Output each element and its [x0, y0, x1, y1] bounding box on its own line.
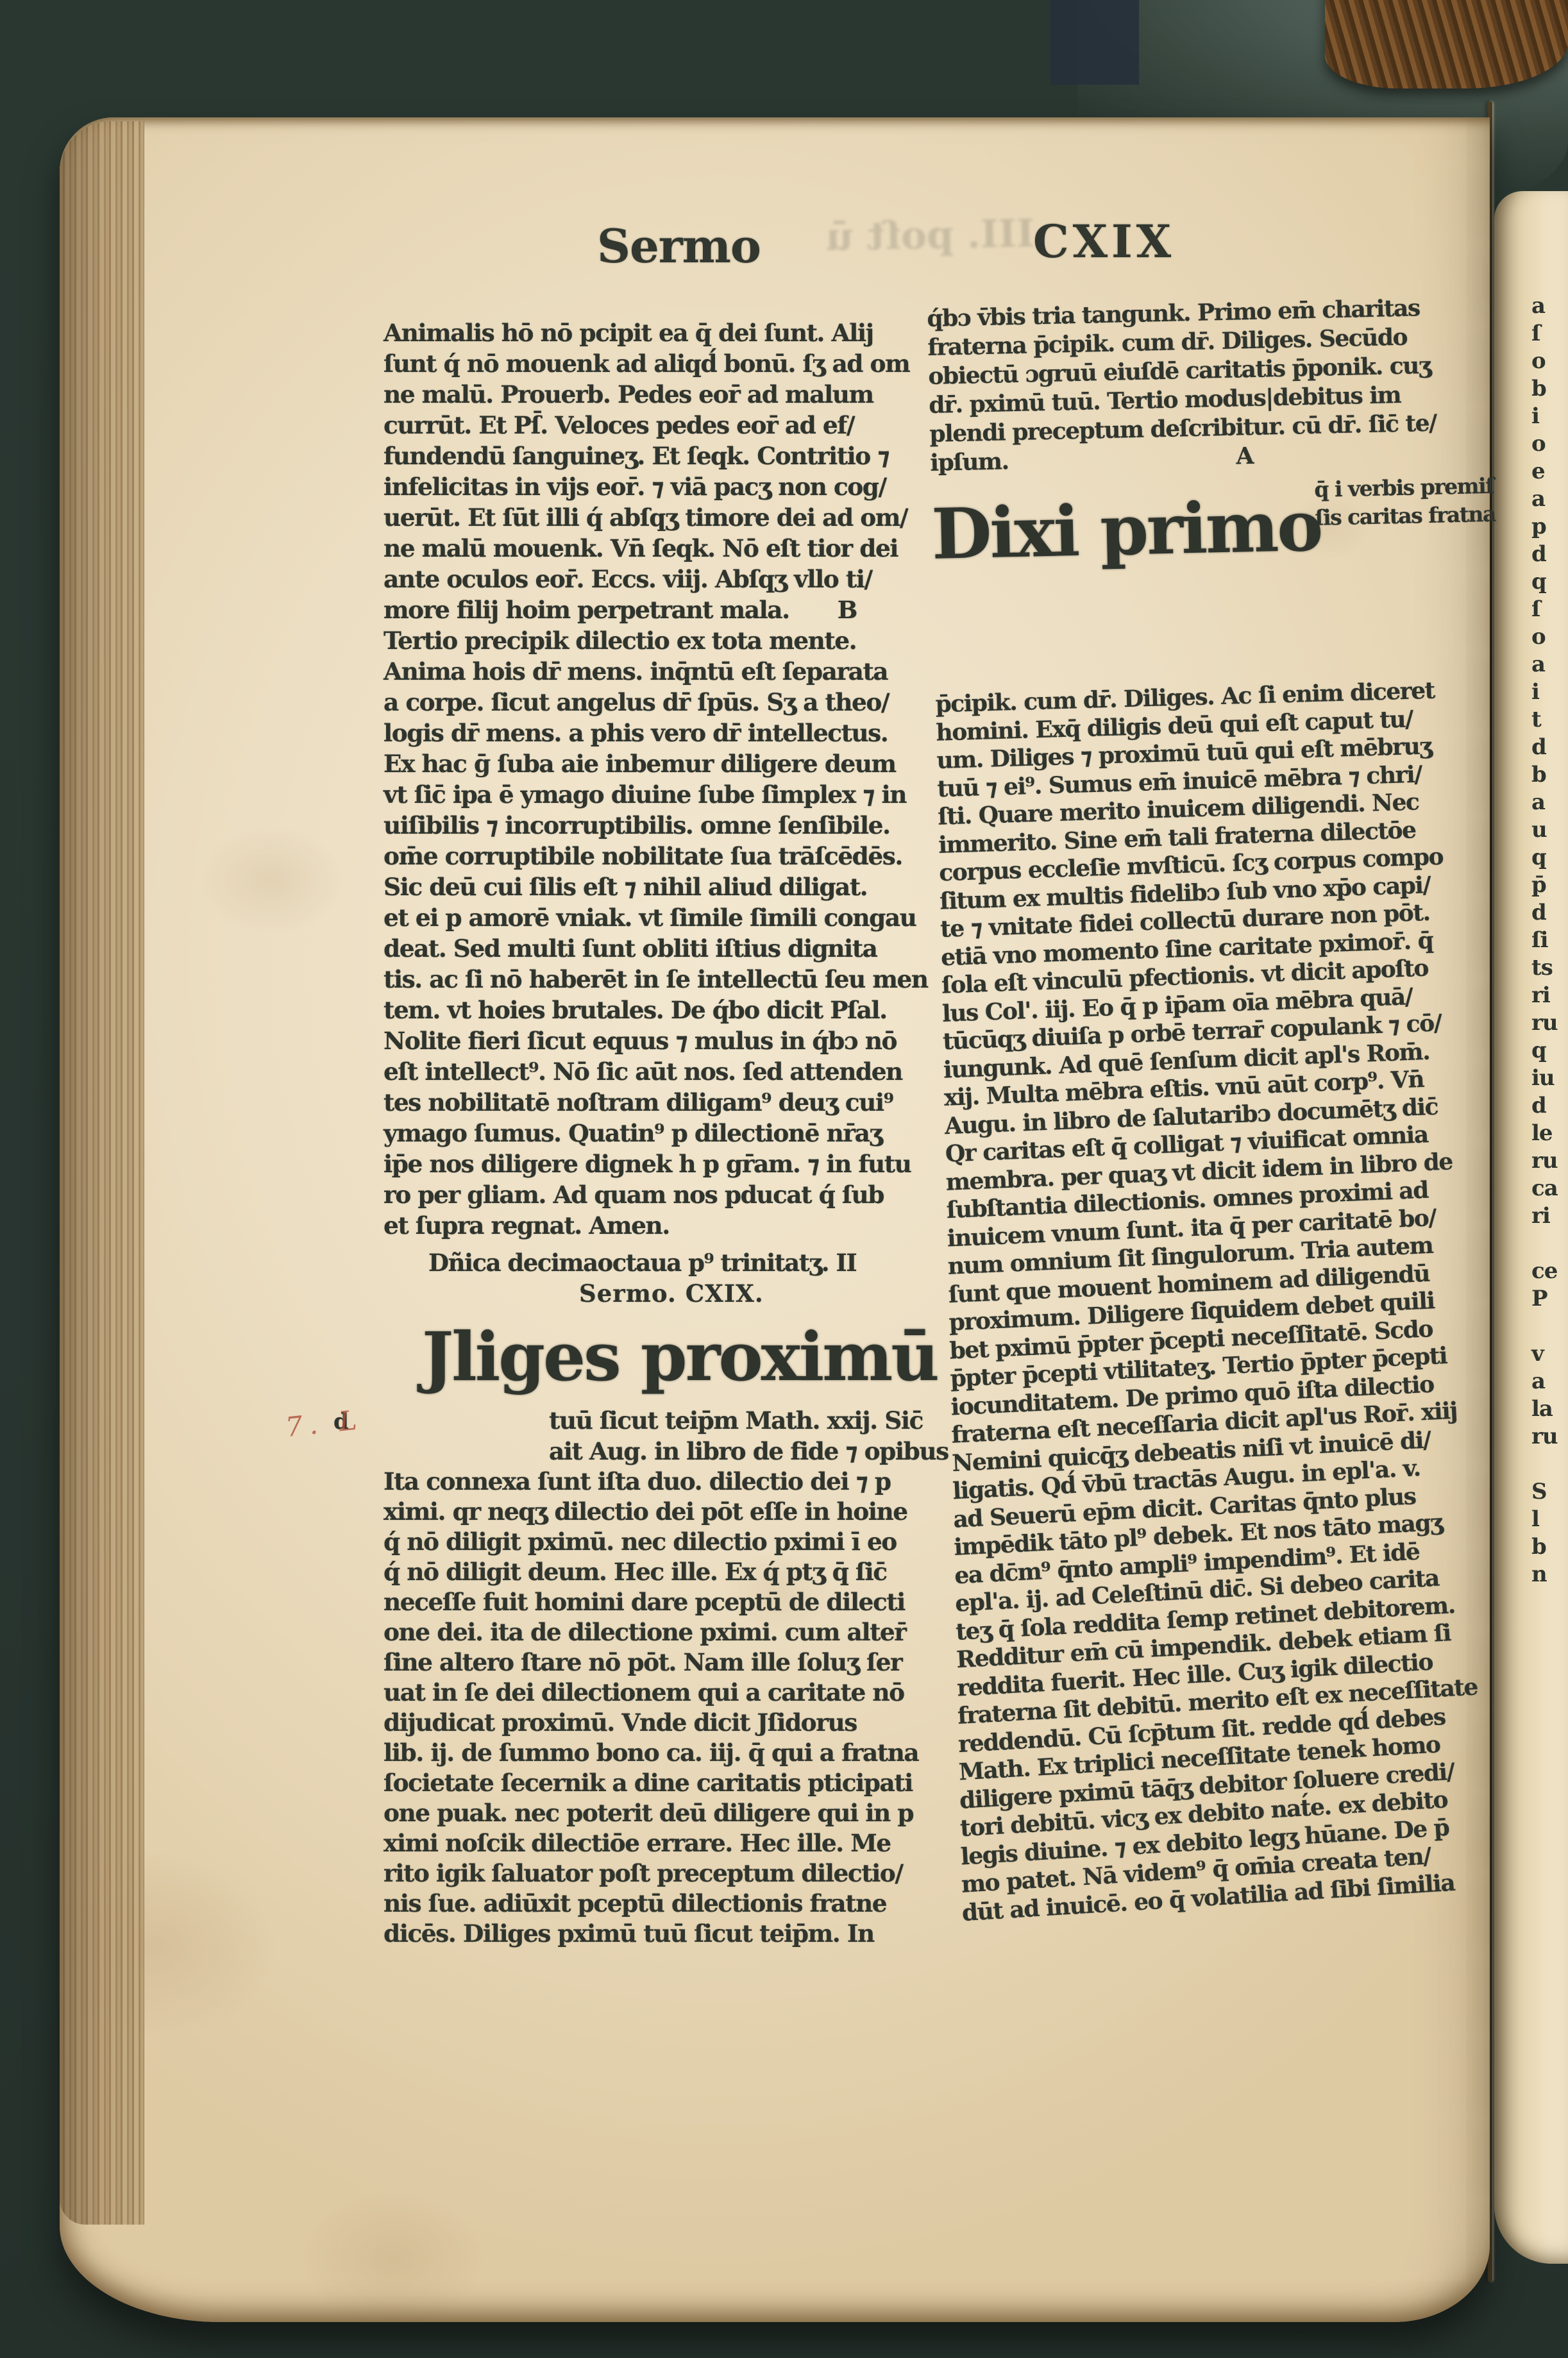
- book-headband-leather: [1325, 0, 1568, 88]
- facing-text-fragment: ru: [1531, 1147, 1568, 1175]
- facing-text-fragment: ru: [1531, 1009, 1568, 1037]
- facing-text-fragment: p: [1531, 513, 1568, 541]
- facing-text-fragment: ſi: [1531, 927, 1568, 954]
- text-line: Nolite fieri ſicut equus ⁊ mulus in q́bɔ…: [384, 1025, 940, 1056]
- text-line: ſine altero ſtare nō pōt. Nam ille ſoluʒ…: [384, 1647, 940, 1678]
- facing-text-fragment: b: [1531, 1533, 1568, 1561]
- background-shadow-block: [1050, 0, 1139, 85]
- paragraph: p̄cipik. cum dr̄. Diliges. Ac ſi enim di…: [935, 677, 1504, 1916]
- facing-text-fragment: o: [1531, 348, 1568, 375]
- text-line: om̄e corruptibile nobilitate ſua trāſcēd…: [384, 841, 940, 872]
- text-column-right: q́bɔ v̄bis tria tangunk. Primo em̄ chari…: [927, 293, 1504, 1917]
- facing-text-fragment: b: [1531, 375, 1568, 403]
- text-column-left: Animalis hō nō pcipit ea q̄ dei ſunt. Al…: [384, 317, 940, 1949]
- signature-letter: A: [1236, 442, 1253, 471]
- text-line: q̄ i verbis premiſ: [1314, 472, 1495, 504]
- text-line: tes nobilitatē noſtram diligam⁹ deuʒ cui…: [384, 1087, 940, 1118]
- text-line: logis dr̄ mens. a phis vero dr̄ intellec…: [384, 718, 940, 748]
- facing-text-fragment: iu: [1531, 1065, 1568, 1092]
- facing-text-fragment: a: [1531, 1368, 1568, 1395]
- text-line: vt ſic̄ ipa ē ymago diuine ſube ſimplex …: [384, 779, 940, 810]
- facing-text-fragment: ſ: [1531, 320, 1568, 348]
- running-header-title: Sermo: [597, 219, 761, 273]
- sermon-rubric-line: Dñica decimaoctaua p⁹ trinitatʒ. II: [384, 1247, 940, 1278]
- facing-text-fragment: P: [1531, 1285, 1568, 1313]
- text-line: deat. Sed multi ſunt obliti iſtius digni…: [384, 933, 940, 964]
- text-line: nis ſue. adiūxit pceptū dilectionis frat…: [384, 1889, 940, 1919]
- text-line: ſunt q́ nō mouenk ad aliqd́ bonū. ſʒ ad …: [384, 348, 940, 379]
- text-line: ro per gliam. Ad quam nos pducat q́ ſub: [384, 1179, 940, 1210]
- ink-spot: [484, 1081, 506, 1100]
- text-line: et ſupra regnat. Amen.: [384, 1210, 940, 1241]
- show-through-ghost-text: III. poſt ū: [758, 211, 1034, 260]
- facing-text-fragment: q: [1531, 844, 1568, 872]
- text-line: uat in ſe dei dilectionem qui a caritate…: [384, 1678, 940, 1708]
- facing-text-fragment: ts: [1531, 954, 1568, 982]
- text-line: dicēs. Diliges pximū tuū ſicut teip̄m. I…: [384, 1919, 940, 1949]
- text-line-part: ipſum.: [930, 447, 1009, 478]
- paragraph: q́bɔ v̄bis tria tangunk. Primo em̄ chari…: [927, 293, 1472, 449]
- facing-text-fragment: [1531, 1451, 1568, 1478]
- sermon-incipit-heading: Jliges proximū: [384, 1309, 940, 1405]
- text-line: a corpe. ſicut angelus dr̄ ſpūs. Sʒ a th…: [384, 687, 940, 718]
- text-line: dijudicat proximū. Vnde dicit Jſidorus: [384, 1708, 940, 1738]
- text-line: uerūt. Et ſūt illi q́ abſqʒ timore dei a…: [384, 502, 940, 533]
- text-line: ne malū mouenk. Vn̄ ſeqk. Nō eſt tior de…: [384, 533, 940, 564]
- text-line: q́ nō diligit deum. Hec ille. Ex q́ ptʒ …: [384, 1557, 940, 1587]
- facing-text-fragment: [1531, 1230, 1568, 1258]
- facing-text-fragment: e: [1531, 458, 1568, 485]
- text-line: et ei p amorē vniak. vt ſimile ſimili co…: [384, 902, 940, 933]
- text-line: ante oculos eor̄. Eccs. viij. Abſqʒ vllo…: [384, 564, 940, 594]
- signature-letter: B: [838, 594, 857, 625]
- paragraph: Tertio precipik dilectio ex tota mente.A…: [384, 625, 940, 1241]
- text-line: Ita connexa ſunt iſta duo. dilectio dei …: [384, 1467, 940, 1497]
- text-line: Animalis hō nō pcipit ea q̄ dei ſunt. Al…: [384, 317, 940, 348]
- incipit-continuation: d tuū ſicut teip̄m Math. xxij. Sic̄ait A…: [384, 1405, 940, 1467]
- facing-page-text-fragments: aſobioeapdqſoaitdbauqp̄dſitsriruqiudleru…: [1531, 292, 1568, 1616]
- facing-text-fragment: q: [1531, 1037, 1568, 1065]
- facing-text-fragment: a: [1531, 292, 1568, 320]
- text-line: ſis caritas fratna: [1315, 500, 1496, 532]
- facing-text-fragment: d: [1531, 734, 1568, 761]
- text-line: neceſſe fuit homini dare pceptū de dilec…: [384, 1587, 940, 1617]
- facing-text-fragment: i: [1531, 403, 1568, 430]
- text-line: ximi noſcik dilectiōe errare. Hec ille. …: [384, 1828, 940, 1858]
- text-line: ip̄e nos diligere dignek h p gr̄am. ⁊ in…: [384, 1149, 940, 1179]
- text-line: q́ nō diligit pximū. nec dilectio pximi …: [384, 1527, 940, 1557]
- facing-text-fragment: S: [1531, 1478, 1568, 1506]
- facing-text-fragment: ce: [1531, 1258, 1568, 1285]
- text-line: ait Aug. in libro de fide ⁊ opibus: [384, 1436, 940, 1467]
- facing-text-fragment: i: [1531, 678, 1568, 706]
- facing-text-fragment: a: [1531, 789, 1568, 816]
- text-line: currūt. Et Pſ̄. Veloces pedes eor̄ ad ef…: [384, 410, 940, 441]
- text-line: ſocietate ſecernik a dine caritatis ptic…: [384, 1768, 940, 1798]
- facing-text-fragment: [1531, 1313, 1568, 1340]
- facing-text-fragment: le: [1531, 1120, 1568, 1147]
- facing-text-fragment: q: [1531, 568, 1568, 596]
- facing-text-fragment: o: [1531, 430, 1568, 458]
- text-line: Ex hac ḡ ſuba aie inbemur diligere deum: [384, 748, 940, 779]
- photo-background: aſobioeapdqſoaitdbauqp̄dſitsriruqiudleru…: [0, 0, 1568, 2358]
- red-manuscript-margin-note: 7. L: [284, 1404, 365, 1443]
- facing-text-fragment: n: [1531, 1561, 1568, 1588]
- facing-text-fragment: p̄: [1531, 872, 1568, 899]
- facing-text-fragment: [1531, 1588, 1568, 1616]
- text-line: ximi. qr neqʒ dilectio dei pōt eſſe in h…: [384, 1497, 940, 1527]
- text-line: eſt intellect⁹. Nō ſic aūt nos. ſed atte…: [384, 1056, 940, 1087]
- sermon-number-line: Sermo. CXIX.: [384, 1278, 940, 1309]
- facing-text-fragment: v: [1531, 1340, 1568, 1368]
- text-line: ymago ſumus. Quatin⁹ p dilectionē nr̄aʒ: [384, 1118, 940, 1149]
- facing-text-fragment: a: [1531, 485, 1568, 513]
- section-heading: Dixi primo: [931, 486, 1322, 575]
- text-line: fundendū ſanguineʒ. Et ſeqk. Contritio ⁊: [384, 441, 940, 471]
- text-line: infelicitas in vijs eor̄. ⁊ viā pacʒ non…: [384, 471, 940, 502]
- facing-text-fragment: t: [1531, 706, 1568, 734]
- facing-text-fragment: la: [1531, 1395, 1568, 1423]
- text-line: lib. ij. de ſummo bono ca. iij. q̄ qui a…: [384, 1738, 940, 1768]
- facing-text-fragment: ri: [1531, 982, 1568, 1009]
- book-page: Sermo III. poſt ū CXIX Animalis hō nō pc…: [60, 117, 1490, 2322]
- facing-text-fragment: ſ: [1531, 596, 1568, 623]
- running-header-folio-number: CXIX: [1033, 215, 1175, 268]
- text-line: ne malū. Prouerb. Pedes eor̄ ad malum: [384, 379, 940, 410]
- dixi-primo-heading-block: Dixi primo q̄ i verbis premiſſis caritas…: [931, 466, 1477, 689]
- facing-text-fragment: ri: [1531, 1202, 1568, 1230]
- paragraph: Animalis hō nō pcipit ea q̄ dei ſunt. Al…: [384, 317, 940, 594]
- text-line: Sic deū cui ſilis eſt ⁊ nihil aliud dili…: [384, 872, 940, 902]
- facing-text-fragment: ru: [1531, 1423, 1568, 1451]
- text-line: tuū ſicut teip̄m Math. xxij. Sic̄: [384, 1405, 940, 1436]
- text-line: tem. vt hoies brutales. De q́bo dicit Pſ…: [384, 995, 940, 1025]
- facing-text-fragment: l: [1531, 1506, 1568, 1533]
- facing-text-fragment: u: [1531, 816, 1568, 844]
- facing-text-fragment: a: [1531, 651, 1568, 678]
- text-line: Tertio precipik dilectio ex tota mente.: [384, 625, 940, 656]
- text-line-part: more filij hoim perpetrant mala.: [384, 594, 789, 625]
- text-line: one dei. ita de dilectione pximi. cum al…: [384, 1617, 940, 1647]
- indented-lines: tuū ſicut teip̄m Math. xxij. Sic̄ait Aug…: [384, 1405, 940, 1467]
- page-fore-edge-stack: [60, 121, 144, 2225]
- facing-page-sliver: aſobioeapdqſoaitdbauqp̄dſitsriruqiudleru…: [1494, 191, 1568, 2264]
- facing-text-fragment: d: [1531, 899, 1568, 927]
- text-line: tis. ac ſi nō haberēt in ſe intellectū ſ…: [384, 964, 940, 995]
- paragraph: Ita connexa ſunt iſta duo. dilectio dei …: [384, 1467, 940, 1949]
- text-line: more filij hoim perpetrant mala. B: [384, 594, 940, 625]
- text-line: one puak. nec poterit deū diligere qui i…: [384, 1798, 940, 1828]
- facing-text-fragment: ca: [1531, 1175, 1568, 1202]
- text-line: Anima hois dr̄ mens. inq̄ntū eſt ſeparat…: [384, 656, 940, 687]
- heading-side-lines: q̄ i verbis premiſſis caritas fratna: [1314, 472, 1496, 532]
- facing-text-fragment: b: [1531, 761, 1568, 789]
- facing-text-fragment: d: [1531, 541, 1568, 568]
- facing-text-fragment: d: [1531, 1092, 1568, 1120]
- text-line: rito igik ſaluator poſt preceptum dilect…: [384, 1858, 940, 1889]
- facing-text-fragment: o: [1531, 623, 1568, 651]
- text-line: uiſibilis ⁊ incorruptibilis. omne ſenſib…: [384, 810, 940, 841]
